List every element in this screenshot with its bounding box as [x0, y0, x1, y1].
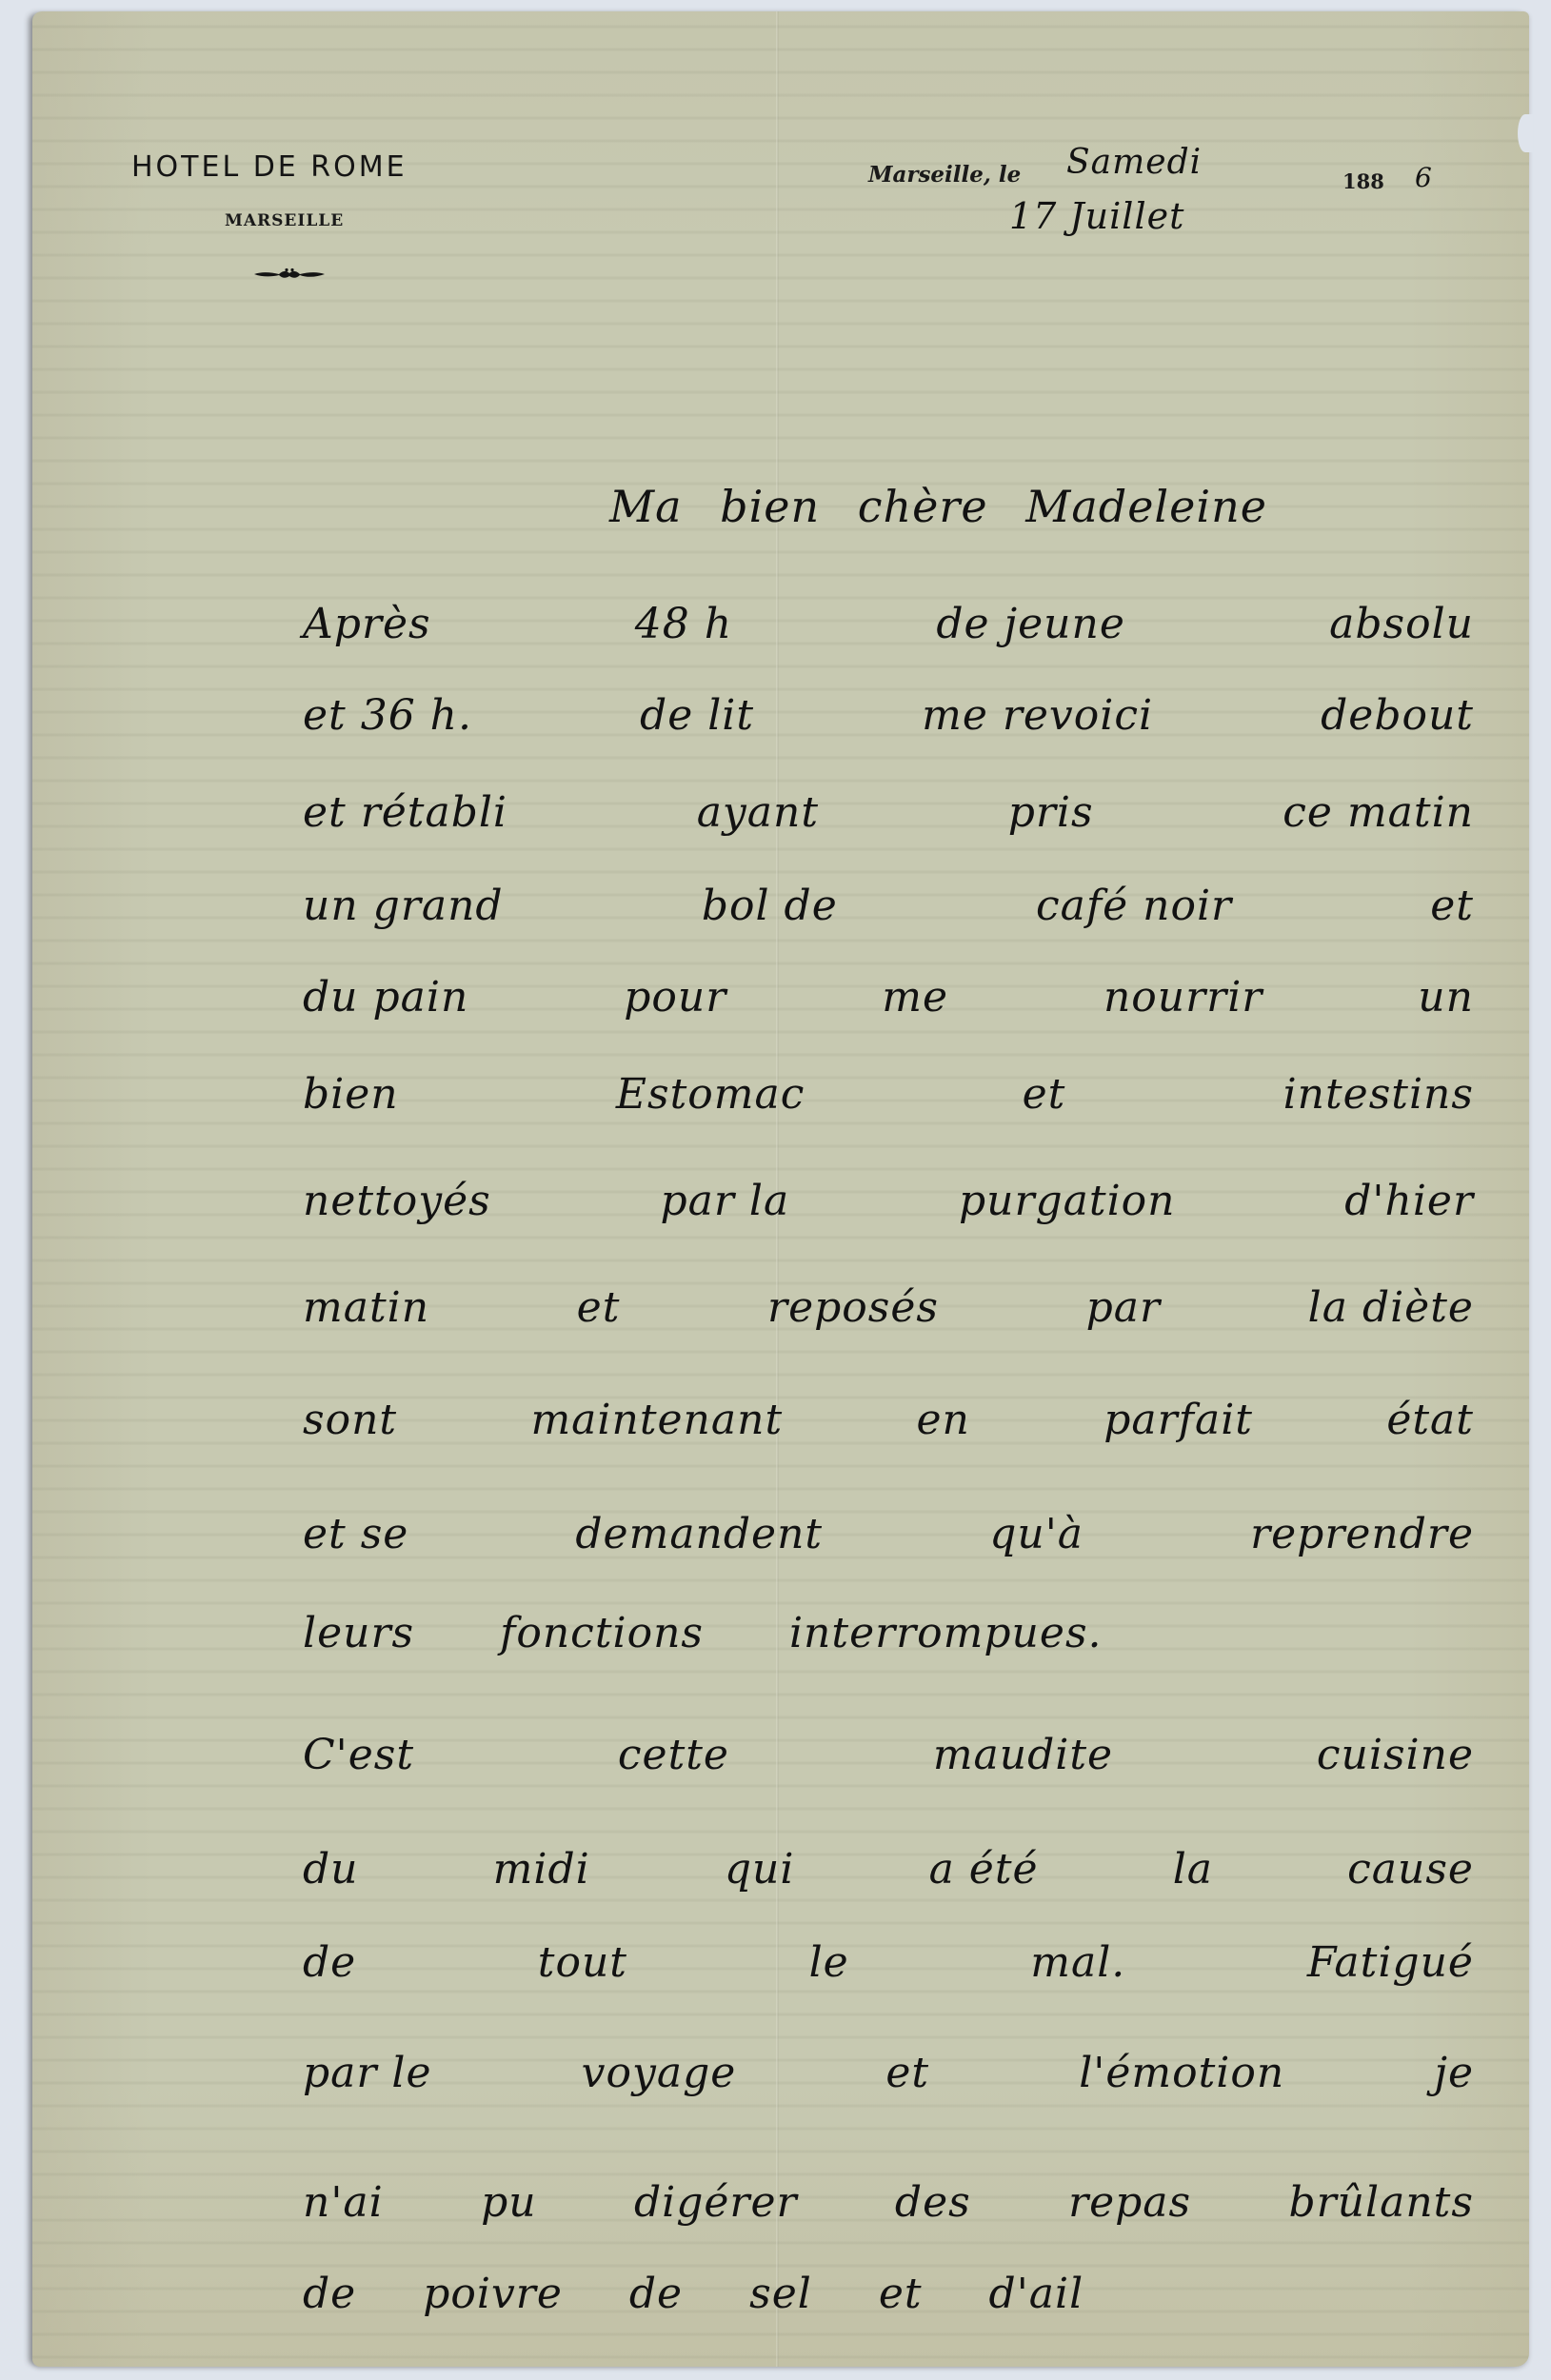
- letter-line-17: de poivre de sel et d'ail: [303, 2270, 1474, 2318]
- word: et: [1023, 1070, 1066, 1119]
- ornament-flourish-icon: [252, 267, 327, 282]
- date-day-name: Samedi: [1066, 143, 1202, 182]
- word: d'ail: [989, 2270, 1084, 2318]
- word: et rétabli: [303, 788, 507, 837]
- word: me revoici: [922, 691, 1153, 740]
- word: parfait: [1104, 1396, 1253, 1444]
- word: nettoyés: [303, 1177, 491, 1225]
- word: mal.: [1030, 1938, 1125, 1987]
- letter-line-11: leurs fonctions interrompues.: [303, 1609, 1474, 1657]
- word: sel: [749, 2270, 812, 2318]
- word: de jeune: [936, 600, 1125, 648]
- word: et: [577, 1283, 621, 1332]
- word: par le: [303, 2049, 432, 2097]
- letter-line-6: bien Estomac et intestins: [303, 1070, 1474, 1119]
- word: purgation: [959, 1177, 1176, 1225]
- word: par la: [660, 1177, 789, 1225]
- word: cette: [618, 1731, 729, 1779]
- word: demandent: [575, 1510, 823, 1558]
- word: absolu: [1329, 600, 1474, 648]
- word: leurs: [303, 1609, 414, 1657]
- word: midi: [493, 1845, 590, 1894]
- handwritten-year-digit: 6: [1415, 162, 1433, 193]
- word: de: [629, 2270, 683, 2318]
- word: Estomac: [616, 1070, 805, 1119]
- letter-line-10: et se demandent qu'à reprendre: [303, 1510, 1474, 1558]
- word: fonctions: [500, 1609, 704, 1657]
- word: debout: [1321, 691, 1474, 740]
- letterhead-place-printed: Marseille, le: [868, 162, 1021, 188]
- word: matin: [303, 1283, 429, 1332]
- word: nourrir: [1104, 973, 1263, 1021]
- letter-line-4: un grand bol de café noir et: [303, 882, 1474, 930]
- word: de lit: [640, 691, 754, 740]
- letter-line-13: du midi qui a été la cause: [303, 1845, 1474, 1894]
- word: cuisine: [1317, 1731, 1474, 1779]
- word: et 36 h.: [303, 691, 472, 740]
- word: l'émotion: [1079, 2049, 1284, 2097]
- word: je: [1434, 2049, 1474, 2097]
- word: du pain: [303, 973, 468, 1021]
- word: d'hier: [1344, 1177, 1474, 1225]
- word: et se: [303, 1510, 408, 1558]
- word: reposés: [767, 1283, 939, 1332]
- letter-line-16: n'ai pu digérer des repas brûlants: [303, 2178, 1474, 2227]
- date-day-month: 17 Juillet: [1009, 195, 1184, 237]
- word: a été: [929, 1845, 1039, 1894]
- word: cause: [1347, 1845, 1474, 1894]
- word: de: [303, 1938, 356, 1987]
- word: café noir: [1036, 882, 1232, 930]
- word: maintenant: [530, 1396, 783, 1444]
- word: en: [917, 1396, 970, 1444]
- letter-line-15: par le voyage et l'émotion je: [303, 2049, 1474, 2097]
- word: interrompues.: [789, 1609, 1103, 1657]
- word: poivre: [423, 2270, 563, 2318]
- word: et: [879, 2270, 923, 2318]
- word: 48 h: [635, 600, 732, 648]
- letter-line-2: et 36 h. de lit me revoici debout: [303, 691, 1474, 740]
- letterhead-year-printed: 188: [1342, 169, 1384, 193]
- letter-line-8: matin et reposés par la diète: [303, 1283, 1474, 1332]
- word: bien: [303, 1070, 399, 1119]
- word: de: [303, 2270, 356, 2318]
- letterhead-hotel-name: HOTEL DE ROME: [131, 150, 408, 184]
- word: bol de: [702, 882, 838, 930]
- word: Après: [303, 600, 431, 648]
- word: Fatigué: [1307, 1938, 1474, 1987]
- letter-line-14: de tout le mal. Fatigué: [303, 1938, 1474, 1987]
- word: un: [1418, 973, 1474, 1021]
- word: pour: [624, 973, 726, 1021]
- word: sont: [303, 1396, 397, 1444]
- word: qui: [725, 1845, 795, 1894]
- word: voyage: [582, 2049, 737, 2097]
- letter-line-12: C'est cette maudite cuisine: [303, 1731, 1474, 1779]
- word: des: [895, 2178, 971, 2227]
- letter-line-9: sont maintenant en parfait état: [303, 1396, 1474, 1444]
- letter-line-3: et rétabli ayant pris ce matin: [303, 788, 1474, 837]
- word: C'est: [303, 1731, 414, 1779]
- word: reprendre: [1250, 1510, 1474, 1558]
- word: brûlants: [1288, 2178, 1473, 2227]
- word: qu'à: [989, 1510, 1084, 1558]
- word: et: [885, 2049, 929, 2097]
- word: tout: [538, 1938, 627, 1987]
- word: la: [1173, 1845, 1213, 1894]
- word: intestins: [1283, 1070, 1474, 1119]
- word: ayant: [697, 788, 819, 837]
- word: état: [1386, 1396, 1474, 1444]
- salutation: Ma bien chère Madeleine: [609, 481, 1267, 532]
- word: le: [809, 1938, 849, 1987]
- word: ce matin: [1283, 788, 1474, 837]
- letterhead-city: MARSEILLE: [225, 211, 344, 230]
- word: un grand: [303, 882, 504, 930]
- letter-line-7: nettoyés par la purgation d'hier: [303, 1177, 1474, 1225]
- word: repas: [1068, 2178, 1191, 2227]
- word: pu: [481, 2178, 537, 2227]
- letter-line-1: Après 48 h de jeune absolu: [303, 600, 1474, 648]
- word: me: [882, 973, 948, 1021]
- word: et: [1430, 882, 1474, 930]
- word: par: [1086, 1283, 1161, 1332]
- word: n'ai: [303, 2178, 384, 2227]
- word: digérer: [634, 2178, 798, 2227]
- word: du: [303, 1845, 359, 1894]
- letter-line-5: du pain pour me nourrir un: [303, 973, 1474, 1021]
- word: pris: [1008, 788, 1094, 837]
- word: maudite: [933, 1731, 1113, 1779]
- paper-edge-tear: [1518, 114, 1533, 152]
- word: la diète: [1308, 1283, 1474, 1332]
